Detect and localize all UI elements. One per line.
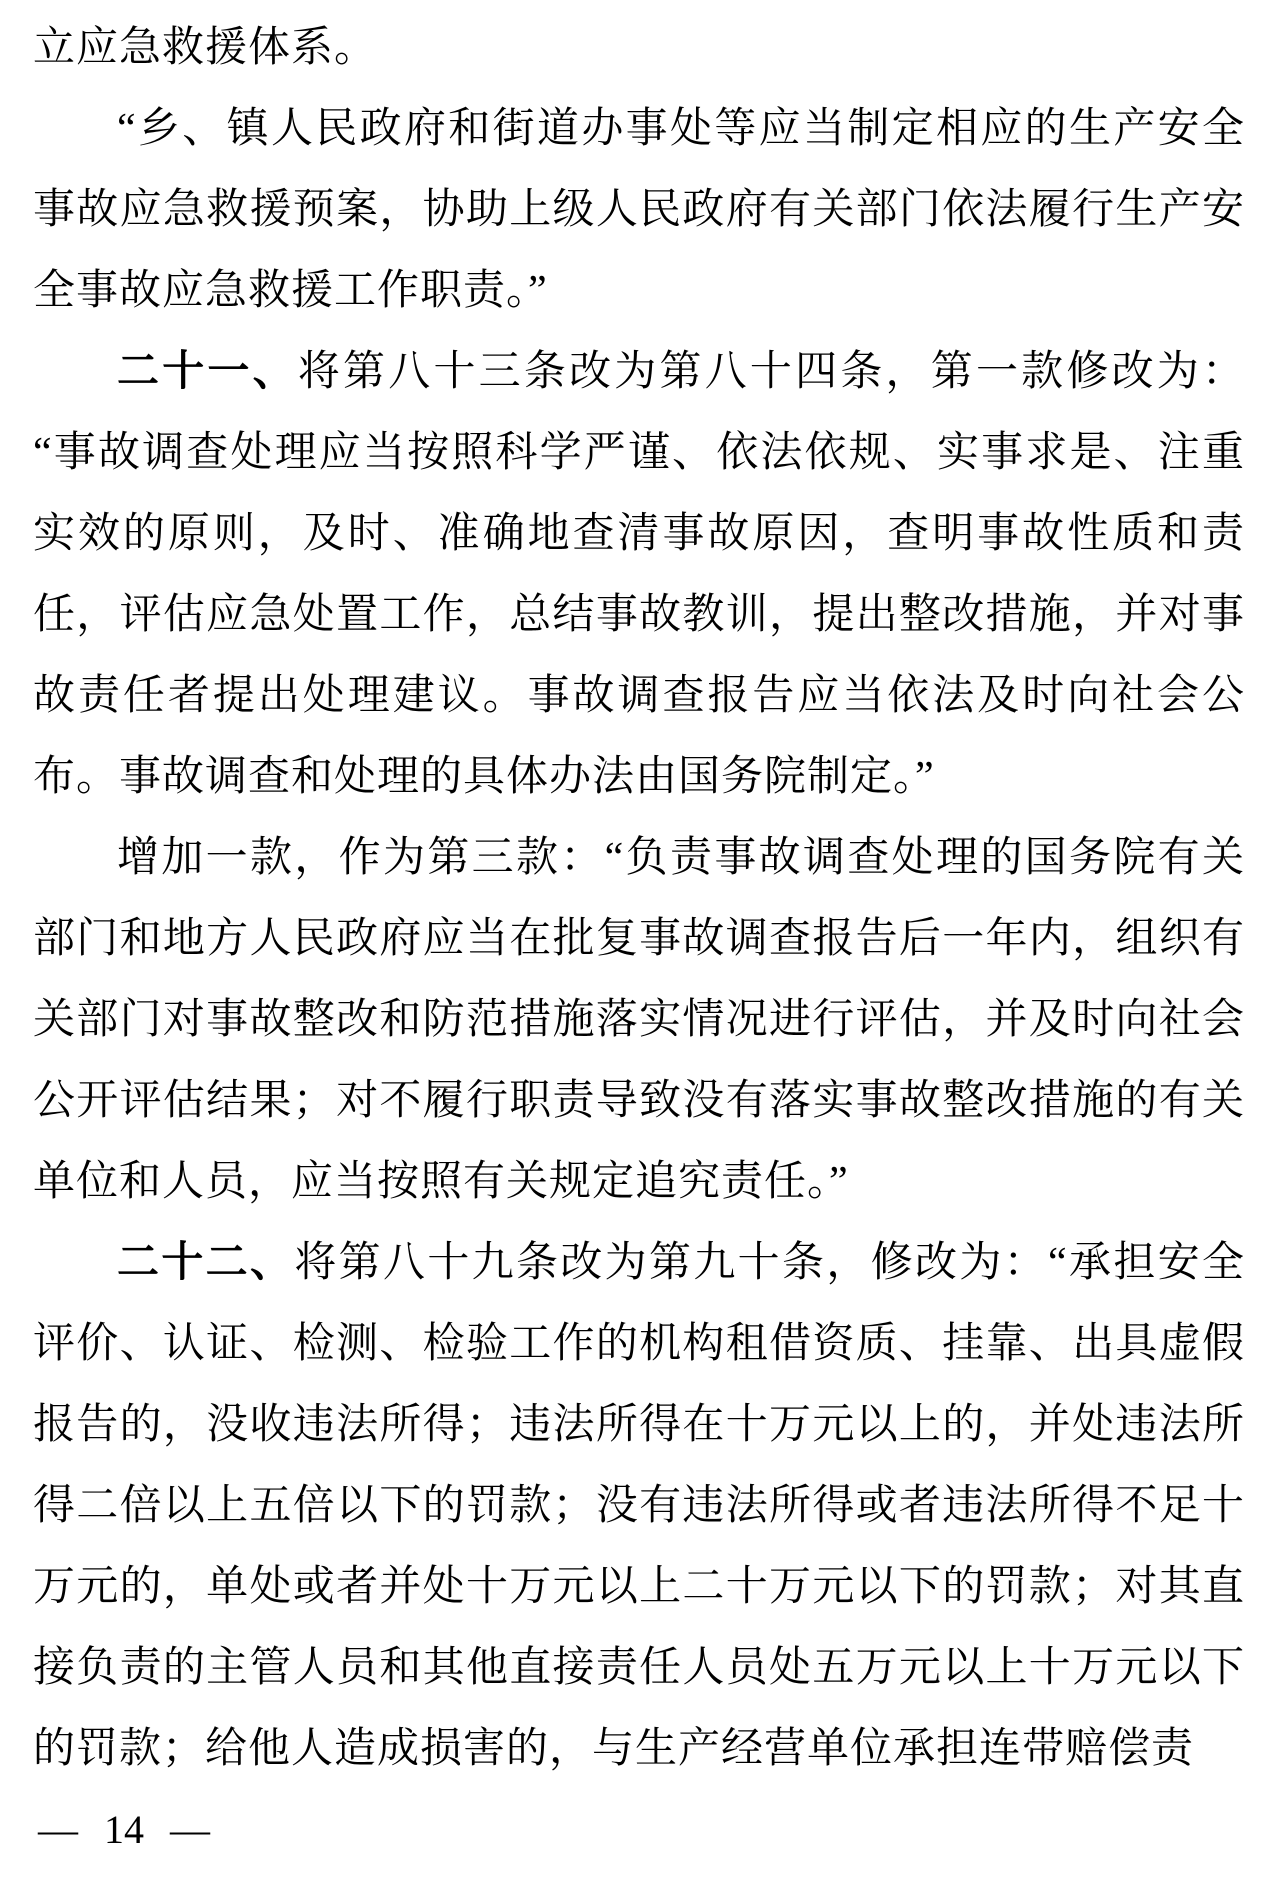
document-body: 立应急救援体系。“乡、镇人民政府和街道办事处等应当制定相应的生产安全事故应急救援… — [33, 8, 1245, 1790]
page-number: 14 — [104, 1806, 144, 1854]
paragraph: 二十一、将第八十三条改为第八十四条，第一款修改为：“事故调查处理应当按照科学严谨… — [33, 332, 1245, 818]
paragraph: “乡、镇人民政府和街道办事处等应当制定相应的生产安全事故应急救援预案，协助上级人… — [33, 89, 1245, 332]
paragraph: 立应急救援体系。 — [33, 8, 1245, 89]
text-run: 将第八十三条改为第八十四条，第一款修改为：“事故调查处理应当按照科学严谨、依法依… — [33, 349, 1245, 800]
text-run: “乡、镇人民政府和街道办事处等应当制定相应的生产安全事故应急救援预案，协助上级人… — [33, 106, 1245, 314]
text-run: 增加一款，作为第三款：“负责事故调查处理的国务院有关部门和地方人民政府应当在批复… — [33, 835, 1245, 1205]
document-page: 立应急救援体系。“乡、镇人民政府和街道办事处等应当制定相应的生产安全事故应急救援… — [0, 0, 1278, 1889]
clause-number-bold: 二十二、 — [117, 1240, 294, 1286]
paragraph: 增加一款，作为第三款：“负责事故调查处理的国务院有关部门和地方人民政府应当在批复… — [33, 818, 1245, 1223]
footer-dash-left: — — [38, 1806, 78, 1854]
page-footer: — 14 — — [38, 1806, 210, 1854]
clause-number-bold: 二十一、 — [117, 349, 298, 395]
text-run: 立应急救援体系。 — [33, 25, 377, 71]
paragraph: 二十二、将第八十九条改为第九十条，修改为：“承担安全评价、认证、检测、检验工作的… — [33, 1223, 1245, 1790]
text-run: 将第八十九条改为第九十条，修改为：“承担安全评价、认证、检测、检验工作的机构租借… — [33, 1240, 1245, 1772]
footer-dash-right: — — [170, 1806, 210, 1854]
